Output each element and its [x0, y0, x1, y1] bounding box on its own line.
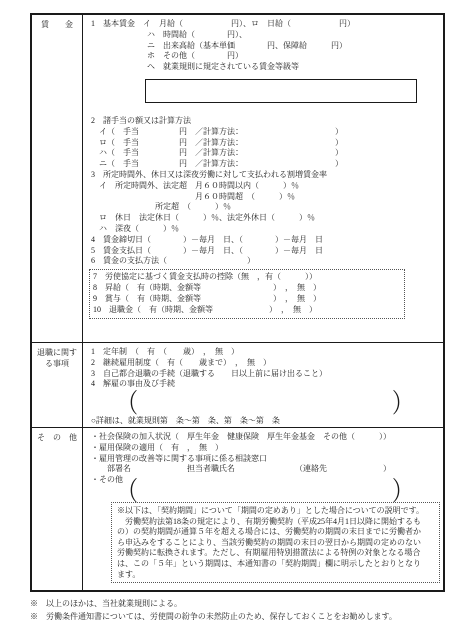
fixed-term-note-line: 労働契約に転換されます。ただし、有期雇用特別措置法による特例の対象となる場合 [117, 548, 435, 559]
retirement-section-row: 退職に関する事項 1 定年制 （ 有 （ 歳） ， 無 ）2 継続雇用制度（ 有… [32, 342, 443, 427]
fixed-term-note-line: の）の契約期間が通算５年を超える場合には、労働契約の期間の末日までに労働者か [117, 527, 435, 538]
wage-section-label: 賃 金 [32, 15, 83, 342]
notice-of-working-conditions-sheet: 賃 金 1 基本賃金 イ 月給（ 円）、ロ 日給（ 円） ハ 時間給（ 円）、 … [0, 0, 451, 642]
wage-deduction-lines: 7 労使協定に基づく賃金支払時の控除（無 ，有（ ））8 昇給（ 有（時期、金額… [93, 272, 401, 315]
fixed-term-note-line: ら申込みをすることにより、当該労働契約の期間の末日の翌日から期間の定めのない [117, 538, 435, 549]
wage-allowance-line: ロ（ 手当 円 ／計算方法： ） [91, 138, 441, 149]
other-section-label: そ の 他 [32, 428, 83, 590]
fixed-term-note-line: ます。 [117, 570, 435, 581]
retirement-line: 3 自己都合退職の手続（退職する 日以上前に届け出ること） [91, 369, 441, 380]
wage-grade-entry-box [145, 79, 417, 103]
wage-basic-line: 1 基本賃金 イ 月給（ 円）、ロ 日給（ 円） [91, 19, 441, 30]
wage-overtime-line: 月６０時間超 （ ）％ [91, 192, 441, 203]
fixed-term-note-line: ※以下は、「契約期間」について「期間の定めあり」とした場合についての説明です。 [117, 506, 435, 517]
fixed-term-note-lines: ※以下は、「契約期間」について「期間の定めあり」とした場合についての説明です。 … [117, 506, 435, 580]
wage-overtime-lines: 3 所定時間外、休日又は深夜労働に対して支払われる割増賃金率 イ 所定時間外、法… [91, 170, 441, 267]
wage-basic-line: ホ その他（ 円） [91, 51, 441, 62]
wage-deduction-line: 10 退職金（ 有（時期、金額等 ） ， 無 ） [93, 305, 401, 316]
wage-overtime-line: 5 賃金支払日（ ）－毎月 日、（ ）－毎月 日 [91, 246, 441, 257]
wage-allowance-line: ハ（ 手当 円 ／計算方法： ） [91, 148, 441, 159]
retirement-section-content: 1 定年制 （ 有 （ 歳） ， 無 ）2 継続雇用制度（ 有（ 歳まで） ， … [83, 343, 443, 427]
wage-allowance-line: ニ（ 手当 円 ／計算方法： ） [91, 159, 441, 170]
wage-overtime-line: イ 所定時間外、法定超 月６０時間以内（ ）％ [91, 181, 441, 192]
footer-notes: ※ 以上のほかは、当社就業規則による。※ 労働条件通知書については、労使間の紛争… [30, 597, 397, 623]
wage-basic-line: ハ 時間給（ 円）、 [91, 30, 441, 41]
big-paren-close-glyph: ） [392, 389, 413, 417]
retirement-line: 2 継続雇用制度（ 有（ 歳まで） ， 無 ） [91, 358, 441, 369]
footer-note-line: ※ 以上のほかは、当社就業規則による。 [30, 597, 397, 610]
retirement-detail-reference-line: ○詳細は、就業規則第 条～第 条、第 条～第 条 [91, 416, 441, 427]
footer-note-lines: ※ 以上のほかは、当社就業規則による。※ 労働条件通知書については、労使間の紛争… [30, 597, 397, 623]
other-line: 部署名 担当者職氏名 （連絡先 ） [91, 464, 441, 475]
retirement-lines: 1 定年制 （ 有 （ 歳） ， 無 ）2 継続雇用制度（ 有（ 歳まで） ， … [91, 347, 441, 390]
wage-allowance-line: イ（ 手当 円 ／計算方法： ） [91, 127, 441, 138]
wage-deduction-line: 9 賞与（ 有（時期、金額等 ） ， 無 ） [93, 294, 401, 305]
other-line: ・社会保険の加入状況（ 厚生年金 健康保険 厚生年金基金 その他（ ）） [91, 432, 441, 443]
wage-allowance-line: 2 諸手当の額又は計算方法 [91, 116, 441, 127]
footer-note-line: ※ 労働条件通知書については、労使間の紛争の未然防止のため、保存しておくことをお… [30, 610, 397, 623]
wage-deduction-line: 7 労使協定に基づく賃金支払時の控除（無 ，有（ ）） [93, 272, 401, 283]
wage-overtime-line: 所定超 （ ）％ [91, 202, 441, 213]
wage-section-content: 1 基本賃金 イ 月給（ 円）、ロ 日給（ 円） ハ 時間給（ 円）、 ニ 出来… [83, 15, 443, 342]
big-paren-open-glyph: （ [117, 478, 138, 506]
working-conditions-table: 賃 金 1 基本賃金 イ 月給（ 円）、ロ 日給（ 円） ハ 時間給（ 円）、 … [30, 13, 445, 592]
other-section-row: そ の 他 ・社会保険の加入状況（ 厚生年金 健康保険 厚生年金基金 その他（ … [32, 427, 443, 590]
wage-allowance-lines: 2 諸手当の額又は計算方法 イ（ 手当 円 ／計算方法： ） ロ（ 手当 円 ／… [91, 116, 441, 170]
other-lines: ・社会保険の加入状況（ 厚生年金 健康保険 厚生年金基金 その他（ ））・雇用保… [91, 432, 441, 486]
wage-overtime-line: 4 賃金締切日（ ）－毎月 日、（ ）－毎月 日 [91, 235, 441, 246]
wage-overtime-line: 3 所定時間外、休日又は深夜労働に対して支払われる割増賃金率 [91, 170, 441, 181]
other-detail-paren-area: （ ） [117, 484, 413, 499]
retirement-line: 1 定年制 （ 有 （ 歳） ， 無 ） [91, 347, 441, 358]
fixed-term-note-line: は、この「５年」という期間は、本通知書の「契約期間」欄に明示したとおりとなり [117, 559, 435, 570]
wage-basic-lines: 1 基本賃金 イ 月給（ 円）、ロ 日給（ 円） ハ 時間給（ 円）、 ニ 出来… [91, 19, 441, 73]
wage-overtime-line: 6 賃金の支払方法（ ） [91, 256, 441, 267]
other-line: ・雇用保険の適用（ 有 ， 無 ） [91, 443, 441, 454]
wage-section-row: 賃 金 1 基本賃金 イ 月給（ 円）、ロ 日給（ 円） ハ 時間給（ 円）、 … [32, 15, 443, 342]
wage-deduction-dotted-box: 7 労使協定に基づく賃金支払時の控除（無 ，有（ ））8 昇給（ 有（時期、金額… [89, 269, 405, 319]
other-section-content: ・社会保険の加入状況（ 厚生年金 健康保険 厚生年金基金 その他（ ））・雇用保… [83, 428, 443, 590]
wage-overtime-line: ロ 休日 法定休日（ ）％、法定外休日（ ）％ [91, 213, 441, 224]
retirement-section-label: 退職に関する事項 [32, 343, 83, 427]
dismissal-detail-paren-area: （ ） [117, 391, 413, 415]
wage-basic-line: ヘ 就業規則に規定されている賃金等級等 [91, 62, 441, 73]
wage-basic-line: ニ 出来高給（基本単価 円、保障給 円） [91, 41, 441, 52]
fixed-term-note-line: 労働契約法第18条の規定により、有期労働契約（平成25年4月1日以降に開始するも [117, 517, 435, 528]
other-line: ・雇用管理の改善等に関する事項に係る相談窓口 [91, 454, 441, 465]
wage-overtime-line: ハ 深夜（ ）％ [91, 224, 441, 235]
wage-deduction-line: 8 昇給（ 有（時期、金額等 ） ， 無 ） [93, 283, 401, 294]
retirement-line: 4 解雇の事由及び手続 [91, 379, 441, 390]
fixed-term-contract-explanation-box: ※以下は、「契約期間」について「期間の定めあり」とした場合についての説明です。 … [111, 502, 440, 583]
big-paren-open-glyph: （ [117, 389, 138, 417]
big-paren-close-glyph: ） [392, 478, 413, 506]
